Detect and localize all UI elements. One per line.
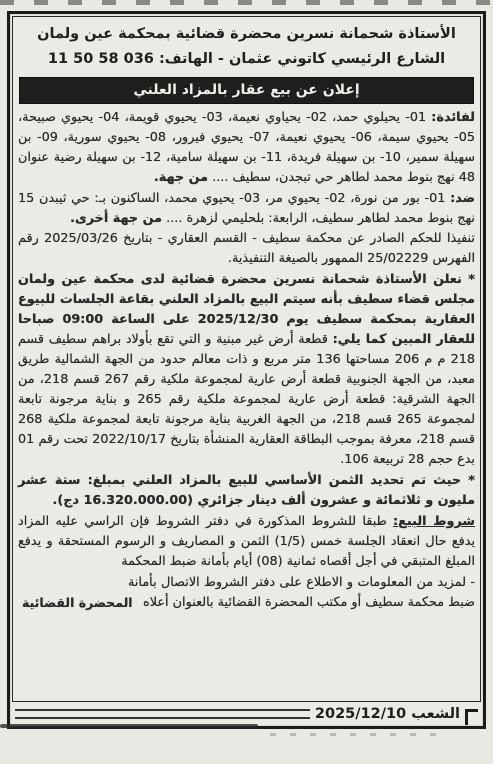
beneficiary-names: 01- يحيلوي حمد، 02- يحياوي نعيمة، 03- يح… xyxy=(18,110,475,185)
scanned-newspaper-notice: { "header": { "line1": "الأستاذة شحمانة … xyxy=(0,0,493,764)
beneficiary-tail: من جهة. xyxy=(154,170,208,185)
notice-title: إعلان عن بيع عقار بالمزاد العلني xyxy=(133,82,359,98)
scan-bottom-artifact-faint xyxy=(270,733,450,736)
announcement-paragraph: * نعلن الأستاذة شحمانة نسرين محضرة قضائي… xyxy=(18,270,475,470)
newspaper-footer: الشعب 2025/12/10 xyxy=(12,704,481,724)
publication-date: 2025/12/10 xyxy=(315,706,406,722)
property-description: قطعة أرض غير مبنية و التي تقع بأولاد برا… xyxy=(18,332,475,467)
beneficiary-label: لفائدة: xyxy=(431,110,475,125)
notice-body: لفائدة: 01- يحيلوي حمد، 02- يحياوي نعيمة… xyxy=(18,108,475,613)
against-label: ضد: xyxy=(450,191,475,206)
scan-edge-artifact xyxy=(0,0,493,5)
frame-corner-mark xyxy=(465,709,478,725)
more-info-block: - لمزيد من المعلومات و الاطلاع على دفتر … xyxy=(18,573,475,613)
conditions-paragraph: شروط البيع: طبقا للشروط المذكورة في دفتر… xyxy=(18,512,475,572)
bailiff-signature: المحضرة القضائية xyxy=(22,593,133,613)
price-paragraph: * حيث تم تحديد الثمن الأساسي للبيع بالمز… xyxy=(18,471,475,511)
against-tail: من جهة أخرى. xyxy=(70,211,162,226)
notice-inner-frame: الأستاذة شحمانة نسرين محضرة قضائية بمحكم… xyxy=(12,16,481,702)
beneficiary-paragraph: لفائدة: 01- يحيلوي حمد، 02- يحياوي نعيمة… xyxy=(18,108,475,188)
execution-paragraph: تنفيذا للحكم الصادر عن محكمة سطيف - القس… xyxy=(18,229,475,269)
against-paragraph: ضد: 01- بور من نورة، 02- يحيوي مر، 03- ي… xyxy=(18,189,475,229)
notice-frame: الأستاذة شحمانة نسرين محضرة قضائية بمحكم… xyxy=(7,11,486,729)
scan-bottom-artifact xyxy=(0,724,258,728)
conditions-label: شروط البيع: xyxy=(393,514,475,529)
notice-header: الأستاذة شحمانة نسرين محضرة قضائية بمحكم… xyxy=(18,19,475,77)
bailiff-name-line: الأستاذة شحمانة نسرين محضرة قضائية بمحكم… xyxy=(20,22,473,47)
newspaper-name: الشعب xyxy=(411,706,460,722)
address-phone-line: الشارع الرئيسي كاتوني عثمان - الهاتف: 03… xyxy=(20,47,473,72)
notice-title-banner: إعلان عن بيع عقار بالمزاد العلني xyxy=(19,77,474,104)
footer-rule-lines xyxy=(15,709,310,719)
newspaper-name-date: الشعب 2025/12/10 xyxy=(315,706,460,722)
